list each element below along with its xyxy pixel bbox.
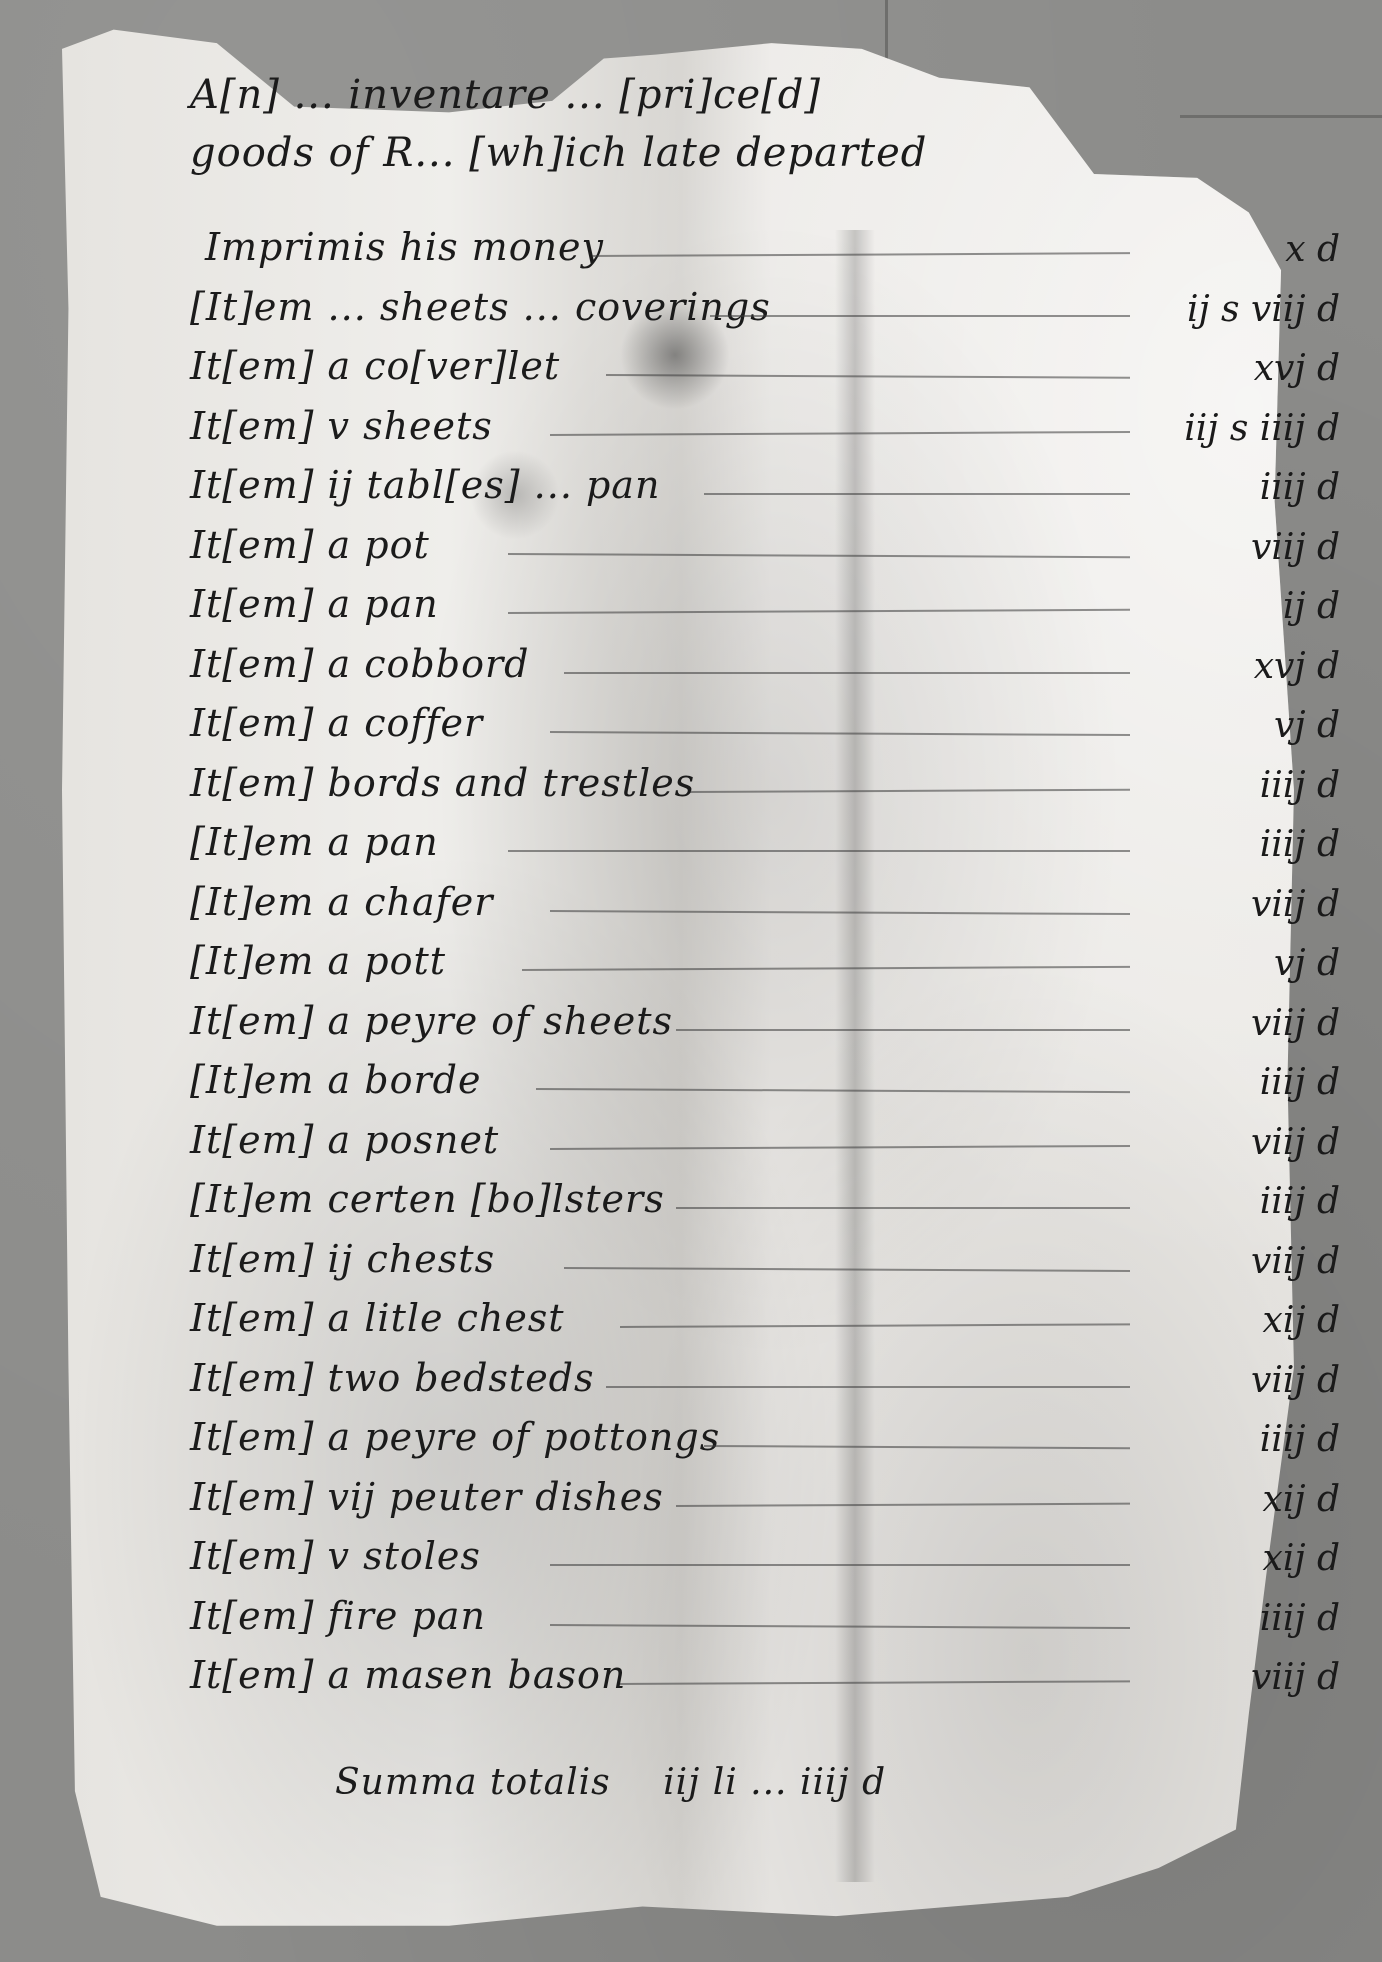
inventory-item-text: It[em] a masen bason — [190, 1653, 626, 1697]
inventory-item-value: iiij d — [1260, 467, 1340, 508]
inventory-item-text: It[em] two bedsteds — [190, 1356, 595, 1400]
paper-fold — [835, 230, 875, 1882]
inventory-item-value: xij d — [1263, 1300, 1340, 1341]
inventory-item-text: It[em] ij chests — [190, 1237, 495, 1281]
inventory-item: It[em] a pan — [190, 582, 439, 626]
inventory-item-text: It[em] a co[ver]let — [190, 344, 560, 388]
inventory-item-value: viij d — [1251, 1657, 1340, 1698]
inventory-item: It[em] a co[ver]let — [190, 344, 560, 388]
ruled-leader-line — [704, 493, 1130, 495]
ruled-leader-line — [676, 1029, 1130, 1031]
inventory-item: It[em] fire pan — [190, 1594, 486, 1638]
inventory-item-text: It[em] fire pan — [190, 1594, 486, 1638]
inventory-item: It[em] a cobbord — [190, 642, 529, 686]
inventory-item-value: iiij d — [1260, 824, 1340, 865]
inventory-item: It[em] a coffer — [190, 701, 483, 745]
inventory-item: It[em] a peyre of sheets — [190, 999, 673, 1043]
ruled-leader-line — [550, 1564, 1130, 1566]
inventory-item: [It]em certen [bo]lsters — [190, 1177, 665, 1221]
inventory-item-value: x d — [1285, 229, 1340, 270]
inventory-item-value: viij d — [1251, 884, 1340, 925]
inventory-item: It[em] a pot — [190, 523, 430, 567]
inventory-item-value: viij d — [1251, 1003, 1340, 1044]
inventory-item-text: It[em] v stoles — [190, 1534, 481, 1578]
inventory-item-text: It[em] a posnet — [190, 1118, 499, 1162]
document-header-line-1: A[n] ... inventare ... [pri]ce[d] — [190, 72, 821, 118]
total-line: Summa totalis iij li ... iiij d — [335, 1762, 886, 1803]
inventory-item-value: iiij d — [1260, 1062, 1340, 1103]
inventory-item-value: viij d — [1251, 1360, 1340, 1401]
inventory-item: [It]em a pott — [190, 939, 446, 983]
inventory-item: It[em] a peyre of pottongs — [190, 1415, 720, 1459]
inventory-item-value: xvj d — [1254, 646, 1340, 687]
inventory-item-value: vj d — [1274, 705, 1340, 746]
inventory-item-value: iiij d — [1260, 1598, 1340, 1639]
inventory-item-text: [It]em a pott — [190, 939, 446, 983]
document-header-line-2: goods of R... [wh]ich late departed — [190, 130, 927, 176]
ruled-leader-line — [676, 1207, 1130, 1209]
inventory-item: It[em] v stoles — [190, 1534, 481, 1578]
inventory-item-text: It[em] a peyre of pottongs — [190, 1415, 720, 1459]
inventory-item-value: xij d — [1263, 1538, 1340, 1579]
inventory-item-value: xij d — [1263, 1479, 1340, 1520]
inventory-item: It[em] v sheets — [190, 404, 493, 448]
inventory-item-value: iiij d — [1260, 1181, 1340, 1222]
inventory-item-text: It[em] v sheets — [190, 404, 493, 448]
inventory-item-value: viij d — [1251, 1122, 1340, 1163]
inventory-item: [It]em ... sheets ... coverings — [190, 285, 771, 329]
inventory-item: It[em] a litle chest — [190, 1296, 565, 1340]
inventory-item-text: It[em] a cobbord — [190, 642, 529, 686]
inventory-item: It[em] a masen bason — [190, 1653, 626, 1697]
inventory-item: [It]em a borde — [190, 1058, 481, 1102]
inventory-item-value: viij d — [1251, 1241, 1340, 1282]
inventory-item-value: ij s viij d — [1187, 289, 1340, 330]
inventory-item: [It]em a pan — [190, 820, 439, 864]
ruled-leader-line — [508, 850, 1130, 852]
inventory-item: It[em] a posnet — [190, 1118, 499, 1162]
ruled-leader-line — [606, 1386, 1130, 1388]
inventory-item-value: vj d — [1274, 943, 1340, 984]
inventory-item-text: It[em] a coffer — [190, 701, 483, 745]
inventory-item-text: [It]em a borde — [190, 1058, 481, 1102]
inventory-item-value: xvj d — [1254, 348, 1340, 389]
inventory-item-value: ij d — [1283, 586, 1340, 627]
values-column: x dij s viij dxvj diij s iiij diiij dvii… — [1130, 0, 1340, 1962]
total-label: Summa totalis — [335, 1762, 611, 1803]
inventory-item-text: It[em] bords and trestles — [190, 761, 695, 805]
inventory-item-text: It[em] vij peuter dishes — [190, 1475, 664, 1519]
inventory-item-text: It[em] a pot — [190, 523, 430, 567]
inventory-item-text: Imprimis his money — [205, 225, 604, 269]
inventory-item-text: [It]em ... sheets ... coverings — [190, 285, 771, 329]
inventory-item-value: iiij d — [1260, 765, 1340, 806]
inventory-item-value: iiij d — [1260, 1419, 1340, 1460]
inventory-item-text: It[em] ij tabl[es] ... pan — [190, 463, 660, 507]
inventory-item: [It]em a chafer — [190, 880, 493, 924]
inventory-item: It[em] ij chests — [190, 1237, 495, 1281]
ruled-leader-line — [710, 315, 1130, 317]
inventory-item: It[em] two bedsteds — [190, 1356, 595, 1400]
ruled-leader-line — [564, 672, 1130, 674]
inventory-item-text: It[em] a litle chest — [190, 1296, 565, 1340]
inventory-item-text: [It]em a chafer — [190, 880, 493, 924]
inventory-item-text: It[em] a pan — [190, 582, 439, 626]
inventory-item: It[em] vij peuter dishes — [190, 1475, 664, 1519]
inventory-item-text: It[em] a peyre of sheets — [190, 999, 673, 1043]
inventory-item: Imprimis his money — [205, 225, 604, 269]
inventory-item-text: [It]em certen [bo]lsters — [190, 1177, 665, 1221]
inventory-item: It[em] bords and trestles — [190, 761, 695, 805]
inventory-item-value: viij d — [1251, 527, 1340, 568]
inventory-item-text: [It]em a pan — [190, 820, 439, 864]
inventory-item: It[em] ij tabl[es] ... pan — [190, 463, 660, 507]
total-value: iij li ... iiij d — [663, 1762, 886, 1803]
inventory-item-value: iij s iiij d — [1184, 408, 1340, 449]
